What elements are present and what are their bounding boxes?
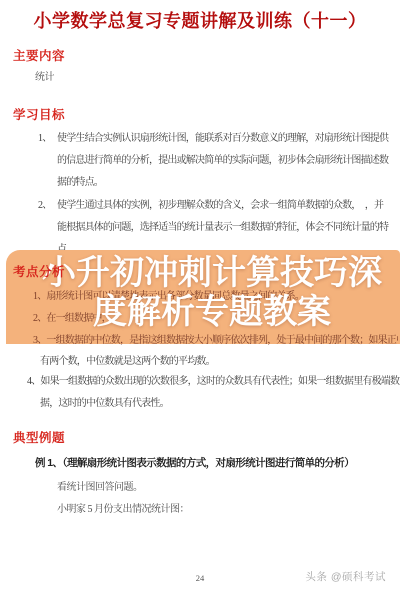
document-page: 小学数学总复习专题讲解及训练（十一） 主要内容 统计 学习目标 1、使学生结合实… (0, 0, 400, 595)
key-point-item-3-continuation: 有两个数，中位数就是这两个数的平均数。 (40, 352, 215, 367)
page-title: 小学数学总复习专题讲解及训练（十一） (0, 7, 400, 33)
objective-text: 使学生通过具体的实例，初步理解众数的含义，会求一组简单数据的众数， ，并能根据具… (57, 200, 388, 255)
section-heading-examples: 典型例题 (13, 428, 65, 446)
objective-text: 使学生结合实例认识扇形统计图，能联系对百分数意义的理解，对扇形统计图提供的信息进… (57, 133, 388, 188)
objective-item-1: 1、使学生结合实例认识扇形统计图，能联系对百分数意义的理解，对扇形统计图提供的信… (38, 128, 390, 194)
example-1-chart-caption: 小明家 5 月份支出情况统计图： (57, 500, 189, 515)
watermark-overlay-title: 小升初冲刺计算技巧深 度解析专题教案 (12, 254, 400, 332)
section-heading-key-points: 考点分析 (13, 262, 65, 280)
section-heading-main-content: 主要内容 (13, 46, 65, 64)
overlay-line-2: 度解析专题教案 (12, 293, 400, 332)
example-1-instruction: 看统计图回答问题。 (57, 478, 143, 493)
main-content-body: 统计 (35, 68, 54, 83)
section-heading-objectives: 学习目标 (13, 105, 65, 123)
example-1-title: 例 1、（理解扇形统计图表示数据的方式，对扇形统计图进行简单的分析） (35, 455, 392, 470)
key-point-item-4: 4、如果一组数据的众数出现的次数很多，这时的众数具有代表性；如果一组数据里有极端… (27, 371, 400, 415)
key-point-item-3: 3、一组数据的中位数，是指这组数据按大小顺序依次排列，处于最中间的那个数；如果正… (33, 331, 398, 346)
objective-number: 1、 (38, 128, 57, 150)
objective-number: 2、 (38, 195, 57, 217)
overlay-line-1: 小升初冲刺计算技巧深 (12, 254, 400, 293)
source-watermark: 头条 @硕科考试 (305, 569, 386, 584)
